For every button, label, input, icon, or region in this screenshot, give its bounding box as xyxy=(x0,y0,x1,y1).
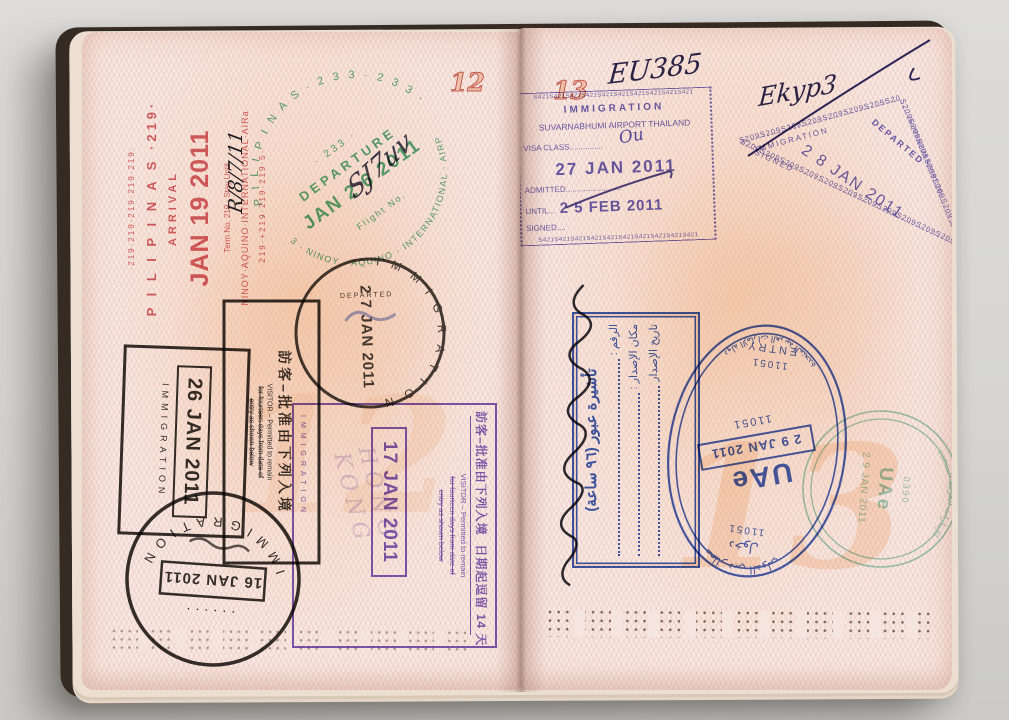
handwriting-code: EU385 xyxy=(607,48,703,91)
uae-green-country: UAe xyxy=(872,467,896,512)
hk-en1: VISITOR – Permitted to remain xyxy=(459,411,468,640)
svg-text:I M M I G R A T I O N: I M M I G R A T I O N xyxy=(375,252,452,411)
ph-arrival-border-top: ·219·219·219·219·219· xyxy=(127,70,136,346)
thai-until: UNTIL... xyxy=(525,206,555,216)
hk-cjk1: 訪客–批准由下列入境 xyxy=(474,411,488,536)
thailand-departure-stamp: S209S209S209S209S209S209S209S209S209S209… xyxy=(728,82,952,260)
hk-cjk2: 日期起逗留 14 天 xyxy=(474,544,488,646)
ph-arrival-label: ARRIVAL xyxy=(167,70,179,346)
hongkong-visitor-stamp: 訪客–批准由下列入境 日期起逗留 14 天 VISITOR – Permitte… xyxy=(292,403,497,648)
uae-entry-number-top: 11051 xyxy=(727,522,765,538)
triangle-date: 2 8 JAN 2011 xyxy=(798,142,907,223)
immigration-circle-stamp: I M M I G R A T I O N ・・・・・・ 16 JAN 2011 xyxy=(113,479,314,680)
thai-admitted: ADMITTED......................... xyxy=(525,180,709,195)
uae-green-number: 0390 xyxy=(900,476,912,505)
departure-circle-stamp: I M M I G R A T I O N DEPARTED 2 7 JAN 2… xyxy=(285,248,455,418)
uae-entry-entry-ar: دخول xyxy=(727,537,759,557)
uae-transit-field-no: الرقم : xyxy=(607,324,620,355)
immigration-circle-date: 16 JAN 2011 xyxy=(163,568,263,592)
thai-date: 27 JAN 2011 xyxy=(524,155,709,181)
thai-border-bottom: S421S421S421S421S421S421S421S421S421S421 xyxy=(526,232,710,244)
ph-arrival-country: P I L I P I N A S ·219· xyxy=(144,70,159,346)
uae-transit-title: تأشيرة عبور (٩٦ ساعة) xyxy=(582,324,600,556)
immigration-circle-marks xyxy=(189,538,250,552)
thai-border-top: S421S421S421S421S421S421S421S421S421S421 xyxy=(521,89,705,101)
perforation-dots-right xyxy=(548,610,934,639)
uae-green-stamp: الإمارات العربية المتحدة 0390 UAe 2 9 JA… xyxy=(791,399,952,578)
thai-line1: IMMIGRATION xyxy=(522,100,706,117)
hk-date: 17 JAN 2011 xyxy=(379,441,400,563)
hk-en3: entry as shown below xyxy=(437,411,446,640)
page-number-left: 12 xyxy=(450,68,485,97)
uae-entry-number-bottom: 11051 xyxy=(750,355,788,371)
right-page: 13 13 EU385 Ekyp3 S421S421S421S421S421S4… xyxy=(520,28,952,690)
passport-photo: 12 12 ·219·219·219·219·219· P I L I P I … xyxy=(0,0,1009,720)
uae-transit-field-place: مكان الإصدار : xyxy=(627,324,640,389)
passport-book: 12 12 ·219·219·219·219·219· P I L I P I … xyxy=(58,18,964,706)
uae-green-date: 2 9 JAN 2011 xyxy=(856,452,872,524)
immigration-circle-small: ・・・・・・ xyxy=(184,603,239,617)
ph-arrival-date: JAN 19 2011 xyxy=(186,70,215,346)
thai-signed: SIGNED.... xyxy=(526,218,710,233)
left-page: 12 12 ·219·219·219·219·219· P I L I P I … xyxy=(82,32,520,690)
uae-transit-field-date: تاريخ الإصدار xyxy=(647,324,660,382)
departure-circle-date: 2 7 JAN 2011 xyxy=(356,285,377,389)
thai-until-date: 2 5 FEB 2011 xyxy=(559,196,663,217)
hk-side-label: IMMIGRATION xyxy=(299,415,306,517)
hk-en2: for fourteen days from date of xyxy=(448,411,457,640)
thai-line2: SUVARNABHUMI AIRPORT THAILAND xyxy=(522,116,706,132)
thai-visa-label: VISA CLASS............... xyxy=(523,141,603,153)
thailand-arrival-stamp: S421S421S421S421S421S421S421S421S421S421… xyxy=(520,87,717,247)
thai-visa-value: Ou xyxy=(617,124,645,148)
departure-circle-arc: I M M I G R A T I O N xyxy=(375,252,452,411)
uae-entry-number-mid: 11051 xyxy=(731,412,772,431)
